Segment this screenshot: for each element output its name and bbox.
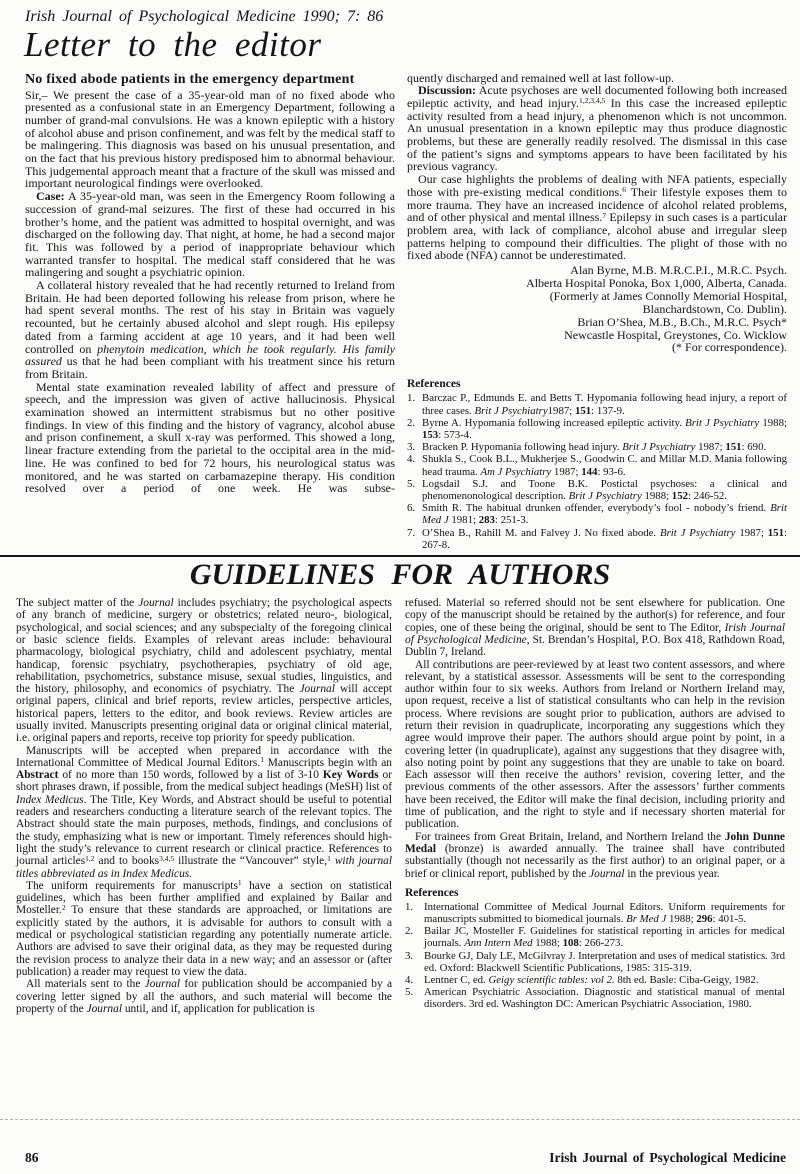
- paragraph: Manuscripts will be accepted when prepar…: [16, 745, 392, 880]
- paragraph: Case: A 35-year-old man, was seen in the…: [25, 190, 395, 279]
- reference-number: 3.: [407, 441, 422, 453]
- reference-number: 7.: [407, 527, 422, 551]
- signature-line: Blanchardstown, Co. Dublin).: [407, 303, 787, 316]
- letter-heading: No fixed abode patients in the emergency…: [25, 72, 395, 88]
- styled-text: with journal titles abbreviated as in In…: [16, 855, 392, 879]
- references-heading: References: [407, 378, 787, 391]
- styled-text: Journal: [145, 978, 180, 990]
- guidelines-right-column: refused. Material so referred should not…: [405, 597, 785, 1015]
- paragraph: All contributions are peer-reviewed by a…: [405, 659, 785, 831]
- styled-text: Brit J Psychiatry: [660, 527, 735, 539]
- reference-text: Byrne A. Hypomania following increased e…: [422, 417, 787, 441]
- reference-item: 4.Shukla S., Cook B.L., Mukherjee S., Go…: [407, 453, 787, 477]
- reference-superscript: 1: [327, 854, 331, 863]
- footer-rule: [0, 1119, 800, 1120]
- styled-text: 151: [768, 527, 784, 539]
- reference-text: Bailar JC, Mosteller F. Guidelines for s…: [424, 925, 785, 949]
- letter-section: No fixed abode patients in the emergency…: [0, 72, 800, 552]
- styled-text: Journal: [589, 868, 624, 880]
- references-heading: References: [405, 887, 785, 900]
- signature-line: Brian O’Shea, M.B., B.Ch., M.R.C. Psych*: [407, 316, 787, 329]
- reference-item: 6.Smith R. The habitual drunken offender…: [407, 502, 787, 526]
- reference-item: 2.Byrne A. Hypomania following increased…: [407, 417, 787, 441]
- reference-number: 6.: [407, 502, 422, 526]
- styled-text: Br Med J: [626, 913, 666, 925]
- styled-text: Ann Intern Med: [464, 937, 532, 949]
- reference-number: 4.: [407, 453, 422, 477]
- page-footer: 86 Irish Journal of Psychological Medici…: [0, 1150, 800, 1166]
- reference-text: Lentner C, ed. Geigy scientific tables: …: [424, 974, 785, 986]
- reference-text: Logsdail S.J. and Toone B.K. Postictal p…: [422, 478, 787, 502]
- paragraph: Sir,– We present the case of a 35-year-o…: [25, 89, 395, 191]
- styled-text: Brit J Psychiatry: [474, 405, 547, 417]
- reference-item: 3.Bracken P. Hypomania following head in…: [407, 441, 787, 453]
- letter-left-paragraphs: Sir,– We present the case of a 35-year-o…: [25, 89, 395, 496]
- styled-text: Brit Med J: [422, 502, 787, 526]
- styled-text: Abstract: [16, 769, 58, 781]
- reference-item: 1.Barczac P., Edmunds E. and Betts T. Hy…: [407, 392, 787, 416]
- reference-superscript: 1: [238, 878, 242, 887]
- styled-text: phenytoin medication, which he took regu…: [25, 342, 395, 369]
- styled-text: Index Medicus: [16, 794, 84, 806]
- reference-number: 5.: [405, 986, 424, 1010]
- reference-superscript: 3,4,5: [159, 854, 174, 863]
- reference-item: 5.American Psychiatric Association. Diag…: [405, 986, 785, 1010]
- signature-line: Alberta Hospital Ponoka, Box 1,000, Albe…: [407, 277, 787, 290]
- reference-text: Bracken P. Hypomania following head inju…: [422, 441, 787, 453]
- reference-number: 1.: [407, 392, 422, 416]
- page-title: Letter to the editor: [24, 26, 800, 65]
- journal-page: Irish Journal of Psychological Medicine …: [0, 0, 800, 1174]
- reference-item: 4.Lentner C, ed. Geigy scientific tables…: [405, 974, 785, 986]
- signature-line: (Formerly at James Connolly Memorial Hos…: [407, 290, 787, 303]
- reference-superscript: 7: [602, 211, 606, 220]
- styled-text: 283: [479, 514, 495, 526]
- styled-text: Brit J Psychiatry: [622, 441, 695, 453]
- reference-number: 1.: [405, 901, 424, 925]
- guidelines-left-paragraphs: The subject matter of the Journal includ…: [16, 597, 392, 1015]
- guidelines-reference-list: 1.International Committee of Medical Jou…: [405, 901, 785, 1011]
- paragraph: Discussion: Acute psychoses are well doc…: [407, 84, 787, 173]
- signature-block: Alan Byrne, M.B. M.R.C.P.I., M.R.C. Psyc…: [407, 264, 787, 354]
- styled-text: John Dunne Medal: [405, 831, 785, 855]
- reference-text: Smith R. The habitual drunken offender, …: [422, 502, 787, 526]
- reference-item: 7.O’Shea B., Rahill M. and Falvey J. No …: [407, 527, 787, 551]
- section-divider-rule: [0, 555, 800, 557]
- styled-text: Journal: [299, 683, 334, 695]
- styled-text: Case:: [36, 189, 65, 203]
- styled-text: 108: [563, 937, 579, 949]
- styled-text: Brit J Psychiatry: [685, 417, 759, 429]
- reference-text: Barczac P., Edmunds E. and Betts T. Hypo…: [422, 392, 787, 416]
- paragraph: For trainees from Great Britain, Ireland…: [405, 831, 785, 880]
- reference-number: 4.: [405, 974, 424, 986]
- paragraph: Our case highlights the problems of deal…: [407, 173, 787, 262]
- letter-left-column: No fixed abode patients in the emergency…: [25, 72, 395, 552]
- reference-text: Shukla S., Cook B.L., Mukherjee S., Good…: [422, 453, 787, 477]
- reference-superscript: 1,2,3,4,5: [579, 96, 605, 105]
- styled-text: Brit J Psychiatry: [569, 490, 642, 502]
- reference-number: 2.: [407, 417, 422, 441]
- styled-text: Journal: [138, 597, 173, 609]
- reference-text: O’Shea B., Rahill M. and Falvey J. No fi…: [422, 527, 787, 551]
- letter-reference-list: 1.Barczac P., Edmunds E. and Betts T. Hy…: [407, 392, 787, 551]
- reference-item: 1.International Committee of Medical Jou…: [405, 901, 785, 925]
- paragraph: refused. Material so referred should not…: [405, 597, 785, 658]
- footer-journal-name: Irish Journal of Psychological Medicine: [549, 1150, 786, 1166]
- letter-right-paragraphs: quently discharged and remained well at …: [407, 72, 787, 263]
- styled-text: 151: [725, 441, 741, 453]
- paragraph: Mental state examination revealed labili…: [25, 381, 395, 495]
- running-head: Irish Journal of Psychological Medicine …: [0, 0, 800, 26]
- guidelines-references: References 1.International Committee of …: [405, 887, 785, 1011]
- styled-text: Key Words: [323, 769, 379, 781]
- guidelines-right-paragraphs: refused. Material so referred should not…: [405, 597, 785, 880]
- styled-text: 152: [672, 490, 688, 502]
- guidelines-section: The subject matter of the Journal includ…: [0, 597, 800, 1015]
- signature-line: (* For correspondence).: [407, 341, 787, 354]
- styled-text: 144: [581, 466, 597, 478]
- reference-item: 5.Logsdail S.J. and Toone B.K. Postictal…: [407, 478, 787, 502]
- reference-item: 3.Bourke GJ, Daly LE, McGilvray J. Inter…: [405, 950, 785, 974]
- letter-right-column: quently discharged and remained well at …: [407, 72, 787, 552]
- reference-number: 5.: [407, 478, 422, 502]
- reference-superscript: 6: [622, 185, 626, 194]
- paragraph: All materials sent to the Journal for pu…: [16, 978, 392, 1015]
- paragraph: The subject matter of the Journal includ…: [16, 597, 392, 745]
- styled-text: Discussion:: [418, 83, 476, 97]
- reference-text: Bourke GJ, Daly LE, McGilvray J. Interpr…: [424, 950, 785, 974]
- styled-text: Geigy scientific tables: vol 2.: [488, 974, 614, 986]
- styled-text: 296: [696, 913, 712, 925]
- reference-item: 2.Bailar JC, Mosteller F. Guidelines for…: [405, 925, 785, 949]
- styled-text: 151: [575, 405, 591, 417]
- reference-number: 3.: [405, 950, 424, 974]
- styled-text: 153: [422, 429, 438, 441]
- reference-number: 2.: [405, 925, 424, 949]
- page-number: 86: [25, 1150, 39, 1166]
- reference-text: American Psychiatric Association. Diagno…: [424, 986, 785, 1010]
- paragraph: The uniform requirements for manuscripts…: [16, 880, 392, 978]
- styled-text: Irish Journal of Psychological Medicine: [405, 622, 785, 646]
- reference-superscript: 1,2: [85, 854, 94, 863]
- guidelines-left-column: The subject matter of the Journal includ…: [16, 597, 392, 1015]
- styled-text: Journal: [87, 1003, 122, 1015]
- paragraph: A collateral history revealed that he ha…: [25, 279, 395, 381]
- letter-references: References 1.Barczac P., Edmunds E. and …: [407, 378, 787, 551]
- guidelines-title: GUIDELINES FOR AUTHORS: [0, 558, 800, 591]
- reference-text: International Committee of Medical Journ…: [424, 901, 785, 925]
- styled-text: Am J Psychiatry: [480, 466, 551, 478]
- reference-superscript: 1: [260, 755, 264, 764]
- reference-superscript: 2: [62, 903, 66, 912]
